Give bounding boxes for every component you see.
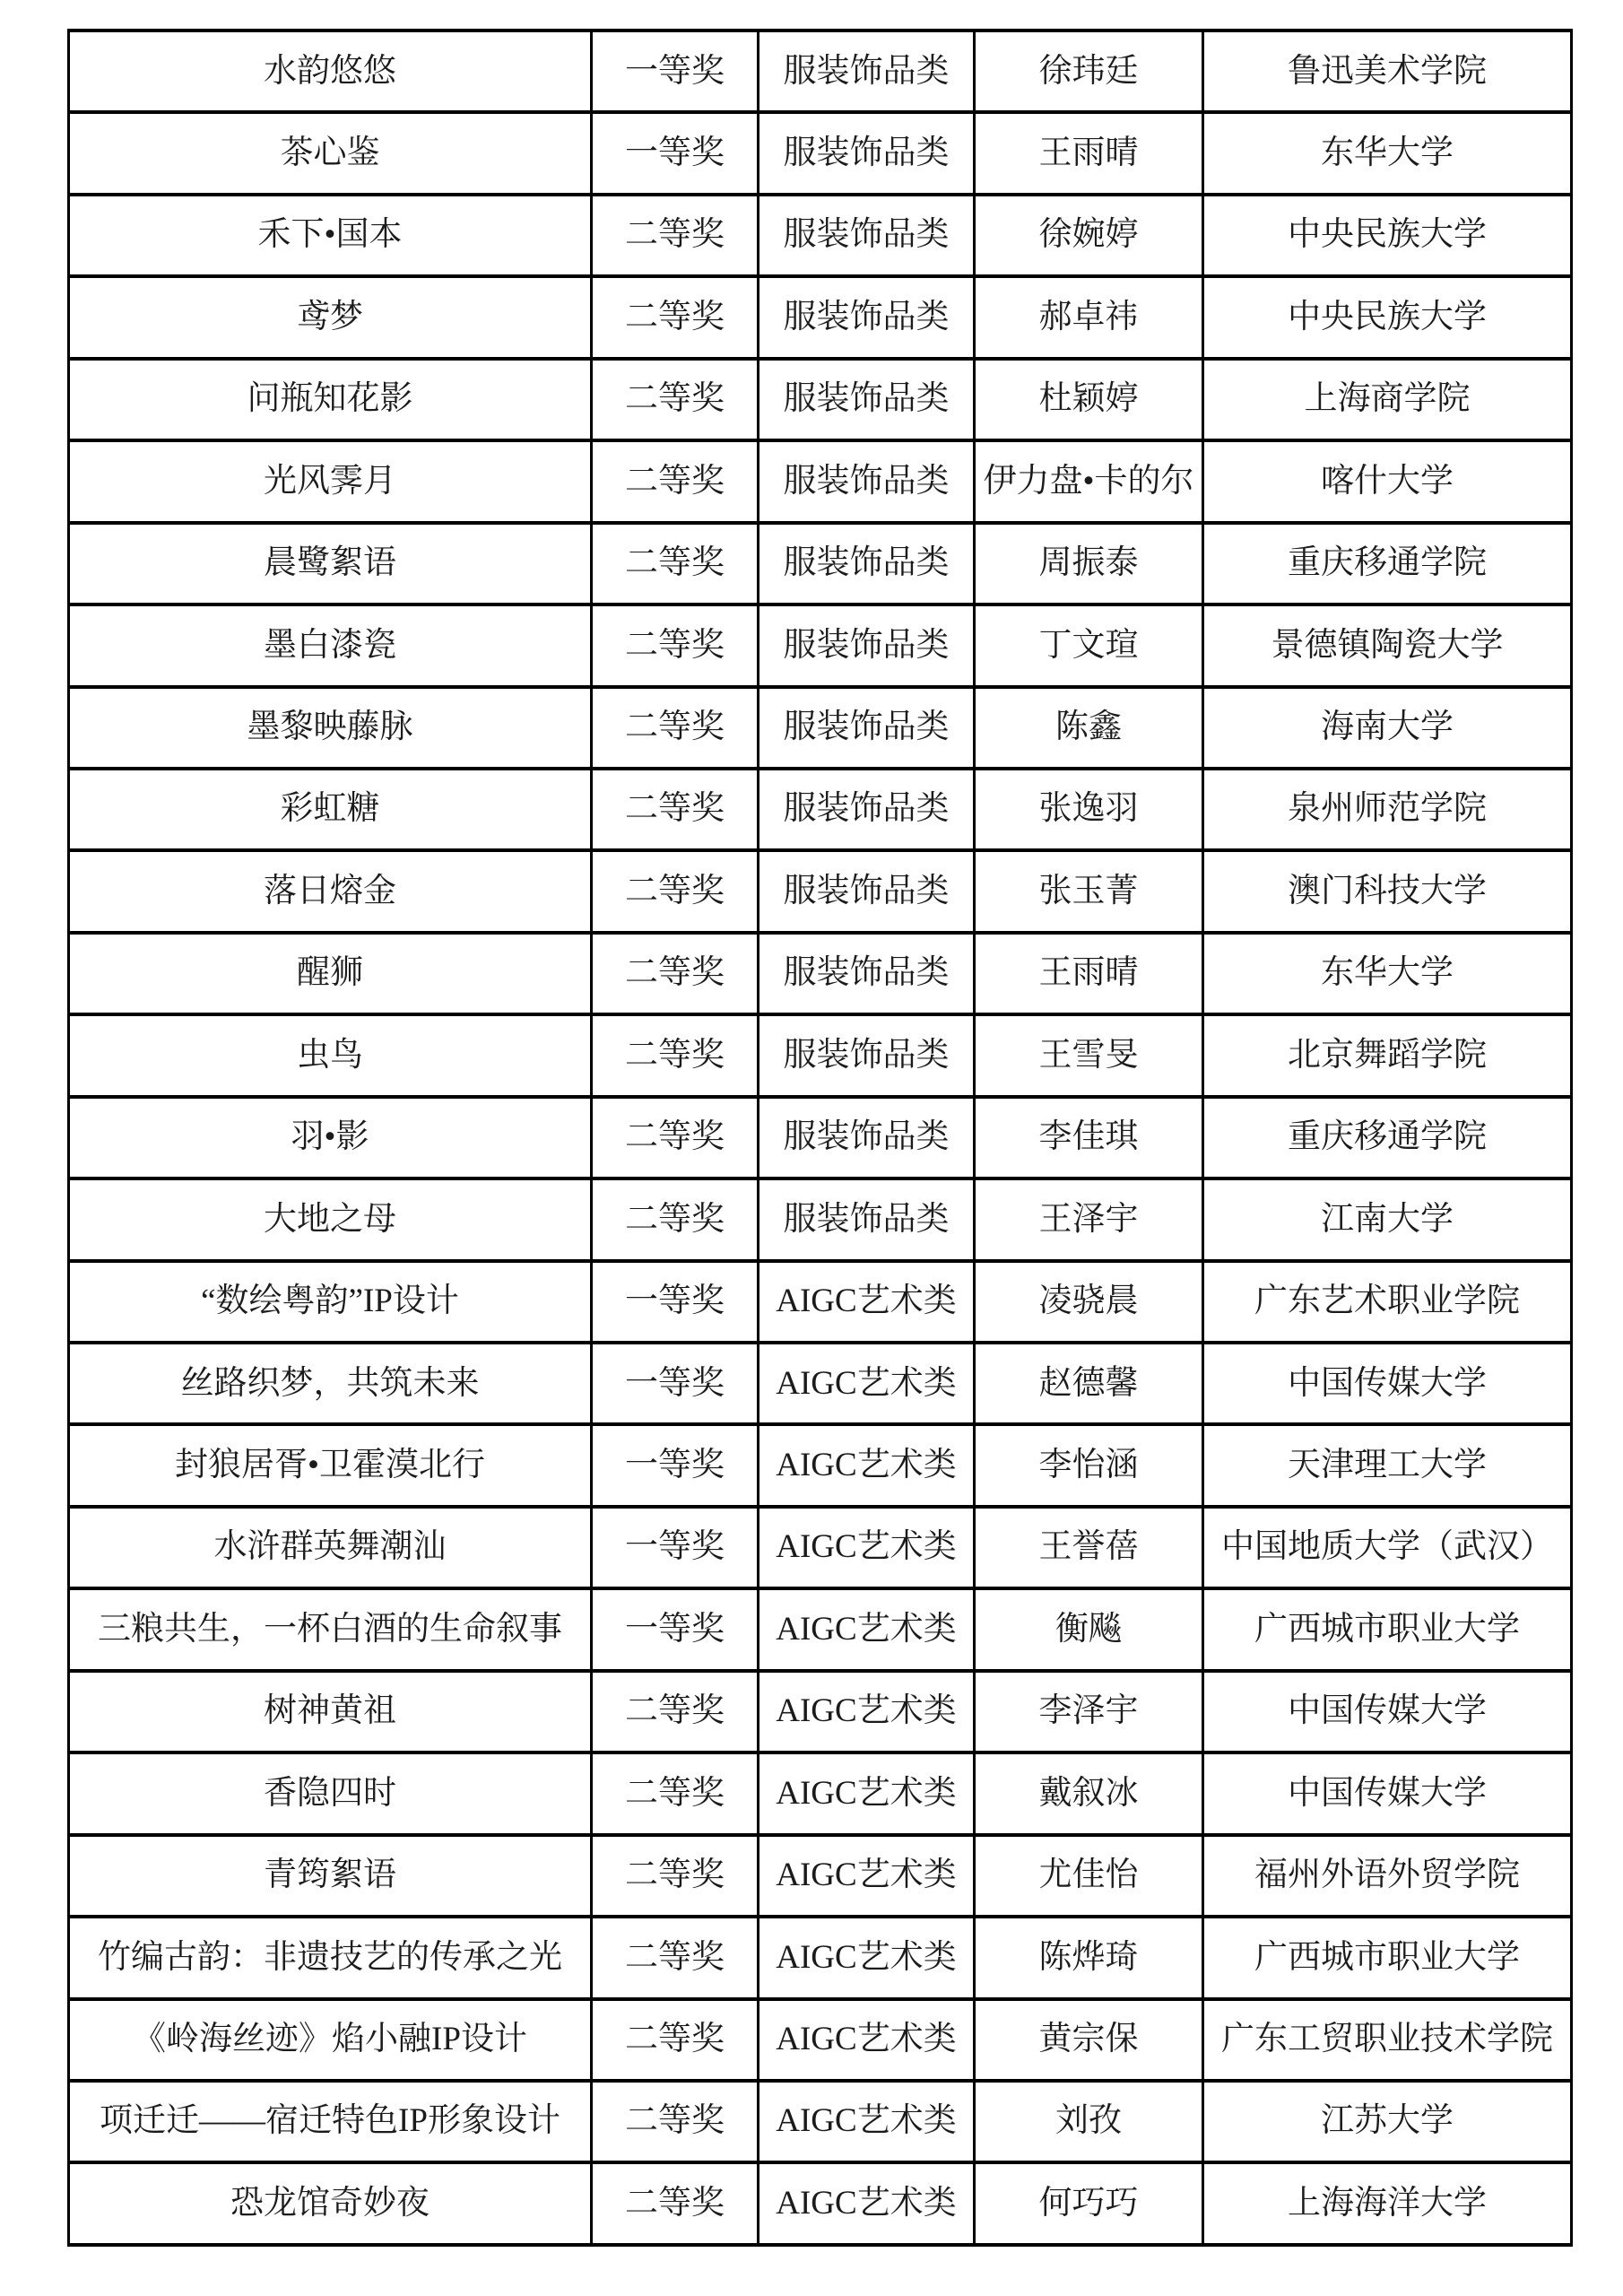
author-name-cell: 何巧巧 bbox=[975, 2162, 1203, 2245]
award-level-cell: 二等奖 bbox=[592, 1999, 759, 2081]
category-cell: 服装饰品类 bbox=[759, 195, 975, 276]
school-name-cell: 上海海洋大学 bbox=[1203, 2162, 1572, 2245]
work-title-cell: 项迁迁——宿迁特色IP形象设计 bbox=[69, 2081, 592, 2162]
award-level-cell: 二等奖 bbox=[592, 1014, 759, 1096]
award-level-cell: 二等奖 bbox=[592, 2162, 759, 2245]
table-row: 鸢梦 二等奖 服装饰品类 郝卓祎 中央民族大学 bbox=[69, 276, 1572, 358]
table-row: 项迁迁——宿迁特色IP形象设计 二等奖 AIGC艺术类 刘孜 江苏大学 bbox=[69, 2081, 1572, 2162]
work-title-cell: 青筠絮语 bbox=[69, 1835, 592, 1917]
category-cell: 服装饰品类 bbox=[759, 440, 975, 522]
category-cell: 服装饰品类 bbox=[759, 359, 975, 440]
award-level-cell: 一等奖 bbox=[592, 1343, 759, 1424]
award-level-cell: 二等奖 bbox=[592, 276, 759, 358]
category-cell: AIGC艺术类 bbox=[759, 2081, 975, 2162]
award-level-cell: 二等奖 bbox=[592, 1178, 759, 1260]
table-row: 三粮共生，一杯白酒的生命叙事 一等奖 AIGC艺术类 衡飚 广西城市职业大学 bbox=[69, 1588, 1572, 1670]
school-name-cell: 中央民族大学 bbox=[1203, 276, 1572, 358]
category-cell: AIGC艺术类 bbox=[759, 1424, 975, 1506]
school-name-cell: 重庆移通学院 bbox=[1203, 523, 1572, 604]
table-row: 封狼居胥•卫霍漠北行 一等奖 AIGC艺术类 李怡涵 天津理工大学 bbox=[69, 1424, 1572, 1506]
work-title-cell: 三粮共生，一杯白酒的生命叙事 bbox=[69, 1588, 592, 1670]
category-cell: AIGC艺术类 bbox=[759, 1917, 975, 1998]
award-level-cell: 二等奖 bbox=[592, 440, 759, 522]
work-title-cell: 落日熔金 bbox=[69, 850, 592, 932]
table-row: 虫鸟 二等奖 服装饰品类 王雪旻 北京舞蹈学院 bbox=[69, 1014, 1572, 1096]
author-name-cell: 张逸羽 bbox=[975, 769, 1203, 850]
author-name-cell: 凌骁晨 bbox=[975, 1261, 1203, 1343]
table-row: 彩虹糖 二等奖 服装饰品类 张逸羽 泉州师范学院 bbox=[69, 769, 1572, 850]
table-row: 香隐四时 二等奖 AIGC艺术类 戴叙冰 中国传媒大学 bbox=[69, 1752, 1572, 1834]
school-name-cell: 鲁迅美术学院 bbox=[1203, 30, 1572, 112]
category-cell: AIGC艺术类 bbox=[759, 1343, 975, 1424]
school-name-cell: 江南大学 bbox=[1203, 1178, 1572, 1260]
school-name-cell: 中国传媒大学 bbox=[1203, 1343, 1572, 1424]
author-name-cell: 王雨晴 bbox=[975, 112, 1203, 194]
work-title-cell: 水韵悠悠 bbox=[69, 30, 592, 112]
work-title-cell: “数绘粤韵”IP设计 bbox=[69, 1261, 592, 1343]
work-title-cell: 丝路织梦，共筑未来 bbox=[69, 1343, 592, 1424]
table-row: 恐龙馆奇妙夜 二等奖 AIGC艺术类 何巧巧 上海海洋大学 bbox=[69, 2162, 1572, 2245]
award-level-cell: 一等奖 bbox=[592, 1261, 759, 1343]
award-level-cell: 二等奖 bbox=[592, 523, 759, 604]
author-name-cell: 王泽宇 bbox=[975, 1178, 1203, 1260]
school-name-cell: 海南大学 bbox=[1203, 687, 1572, 769]
table-row: 禾下•国本 二等奖 服装饰品类 徐婉婷 中央民族大学 bbox=[69, 195, 1572, 276]
category-cell: AIGC艺术类 bbox=[759, 1588, 975, 1670]
category-cell: AIGC艺术类 bbox=[759, 1752, 975, 1834]
table-row: 墨白漆瓷 二等奖 服装饰品类 丁文瑄 景德镇陶瓷大学 bbox=[69, 604, 1572, 686]
school-name-cell: 中央民族大学 bbox=[1203, 195, 1572, 276]
author-name-cell: 杜颖婷 bbox=[975, 359, 1203, 440]
author-name-cell: 黄宗保 bbox=[975, 1999, 1203, 2081]
category-cell: 服装饰品类 bbox=[759, 276, 975, 358]
award-level-cell: 二等奖 bbox=[592, 195, 759, 276]
work-title-cell: 醒狮 bbox=[69, 933, 592, 1014]
school-name-cell: 泉州师范学院 bbox=[1203, 769, 1572, 850]
work-title-cell: 彩虹糖 bbox=[69, 769, 592, 850]
work-title-cell: 香隐四时 bbox=[69, 1752, 592, 1834]
award-level-cell: 二等奖 bbox=[592, 769, 759, 850]
school-name-cell: 中国传媒大学 bbox=[1203, 1671, 1572, 1752]
category-cell: 服装饰品类 bbox=[759, 933, 975, 1014]
author-name-cell: 伊力盘•卡的尔 bbox=[975, 440, 1203, 522]
award-level-cell: 二等奖 bbox=[592, 933, 759, 1014]
work-title-cell: 树神黄祖 bbox=[69, 1671, 592, 1752]
award-level-cell: 一等奖 bbox=[592, 1588, 759, 1670]
work-title-cell: 茶心鉴 bbox=[69, 112, 592, 194]
table-row: “数绘粤韵”IP设计 一等奖 AIGC艺术类 凌骁晨 广东艺术职业学院 bbox=[69, 1261, 1572, 1343]
author-name-cell: 衡飚 bbox=[975, 1588, 1203, 1670]
work-title-cell: 光风霁月 bbox=[69, 440, 592, 522]
category-cell: 服装饰品类 bbox=[759, 30, 975, 112]
award-level-cell: 二等奖 bbox=[592, 850, 759, 932]
author-name-cell: 周振泰 bbox=[975, 523, 1203, 604]
category-cell: AIGC艺术类 bbox=[759, 2162, 975, 2245]
document-page: 水韵悠悠 一等奖 服装饰品类 徐玮廷 鲁迅美术学院 茶心鉴 一等奖 服装饰品类 … bbox=[0, 0, 1623, 2296]
author-name-cell: 陈鑫 bbox=[975, 687, 1203, 769]
table-row: 《岭海丝迹》焰小融IP设计 二等奖 AIGC艺术类 黄宗保 广东工贸职业技术学院 bbox=[69, 1999, 1572, 2081]
school-name-cell: 天津理工大学 bbox=[1203, 1424, 1572, 1506]
table-row: 问瓶知花影 二等奖 服装饰品类 杜颖婷 上海商学院 bbox=[69, 359, 1572, 440]
category-cell: AIGC艺术类 bbox=[759, 1507, 975, 1588]
author-name-cell: 王雨晴 bbox=[975, 933, 1203, 1014]
author-name-cell: 戴叙冰 bbox=[975, 1752, 1203, 1834]
work-title-cell: 墨黎映藤脉 bbox=[69, 687, 592, 769]
table-row: 茶心鉴 一等奖 服装饰品类 王雨晴 东华大学 bbox=[69, 112, 1572, 194]
author-name-cell: 李泽宇 bbox=[975, 1671, 1203, 1752]
school-name-cell: 中国地质大学（武汉） bbox=[1203, 1507, 1572, 1588]
author-name-cell: 王雪旻 bbox=[975, 1014, 1203, 1096]
school-name-cell: 景德镇陶瓷大学 bbox=[1203, 604, 1572, 686]
award-level-cell: 二等奖 bbox=[592, 1671, 759, 1752]
author-name-cell: 王誉蓓 bbox=[975, 1507, 1203, 1588]
work-title-cell: 大地之母 bbox=[69, 1178, 592, 1260]
work-title-cell: 竹编古韵：非遗技艺的传承之光 bbox=[69, 1917, 592, 1998]
table-row: 光风霁月 二等奖 服装饰品类 伊力盘•卡的尔 喀什大学 bbox=[69, 440, 1572, 522]
work-title-cell: 鸢梦 bbox=[69, 276, 592, 358]
author-name-cell: 刘孜 bbox=[975, 2081, 1203, 2162]
category-cell: 服装饰品类 bbox=[759, 769, 975, 850]
category-cell: AIGC艺术类 bbox=[759, 1999, 975, 2081]
category-cell: 服装饰品类 bbox=[759, 1014, 975, 1096]
author-name-cell: 郝卓祎 bbox=[975, 276, 1203, 358]
table-row: 羽•影 二等奖 服装饰品类 李佳琪 重庆移通学院 bbox=[69, 1097, 1572, 1178]
table-row: 青筠絮语 二等奖 AIGC艺术类 尤佳怡 福州外语外贸学院 bbox=[69, 1835, 1572, 1917]
award-level-cell: 二等奖 bbox=[592, 2081, 759, 2162]
author-name-cell: 赵德馨 bbox=[975, 1343, 1203, 1424]
school-name-cell: 东华大学 bbox=[1203, 112, 1572, 194]
author-name-cell: 陈烨琦 bbox=[975, 1917, 1203, 1998]
category-cell: 服装饰品类 bbox=[759, 604, 975, 686]
author-name-cell: 李怡涵 bbox=[975, 1424, 1203, 1506]
awards-table: 水韵悠悠 一等奖 服装饰品类 徐玮廷 鲁迅美术学院 茶心鉴 一等奖 服装饰品类 … bbox=[67, 29, 1573, 2247]
work-title-cell: 《岭海丝迹》焰小融IP设计 bbox=[69, 1999, 592, 2081]
category-cell: AIGC艺术类 bbox=[759, 1261, 975, 1343]
author-name-cell: 尤佳怡 bbox=[975, 1835, 1203, 1917]
school-name-cell: 上海商学院 bbox=[1203, 359, 1572, 440]
table-row: 水浒群英舞潮汕 一等奖 AIGC艺术类 王誉蓓 中国地质大学（武汉） bbox=[69, 1507, 1572, 1588]
author-name-cell: 徐玮廷 bbox=[975, 30, 1203, 112]
work-title-cell: 羽•影 bbox=[69, 1097, 592, 1178]
table-row: 落日熔金 二等奖 服装饰品类 张玉菁 澳门科技大学 bbox=[69, 850, 1572, 932]
author-name-cell: 李佳琪 bbox=[975, 1097, 1203, 1178]
table-row: 墨黎映藤脉 二等奖 服装饰品类 陈鑫 海南大学 bbox=[69, 687, 1572, 769]
table-row: 大地之母 二等奖 服装饰品类 王泽宇 江南大学 bbox=[69, 1178, 1572, 1260]
school-name-cell: 福州外语外贸学院 bbox=[1203, 1835, 1572, 1917]
work-title-cell: 晨鹭絮语 bbox=[69, 523, 592, 604]
award-level-cell: 二等奖 bbox=[592, 687, 759, 769]
school-name-cell: 广西城市职业大学 bbox=[1203, 1588, 1572, 1670]
award-level-cell: 二等奖 bbox=[592, 1752, 759, 1834]
table-row: 晨鹭絮语 二等奖 服装饰品类 周振泰 重庆移通学院 bbox=[69, 523, 1572, 604]
school-name-cell: 广东艺术职业学院 bbox=[1203, 1261, 1572, 1343]
school-name-cell: 中国传媒大学 bbox=[1203, 1752, 1572, 1834]
award-level-cell: 一等奖 bbox=[592, 30, 759, 112]
work-title-cell: 水浒群英舞潮汕 bbox=[69, 1507, 592, 1588]
table-row: 竹编古韵：非遗技艺的传承之光 二等奖 AIGC艺术类 陈烨琦 广西城市职业大学 bbox=[69, 1917, 1572, 1998]
school-name-cell: 北京舞蹈学院 bbox=[1203, 1014, 1572, 1096]
category-cell: 服装饰品类 bbox=[759, 112, 975, 194]
award-level-cell: 二等奖 bbox=[592, 359, 759, 440]
author-name-cell: 徐婉婷 bbox=[975, 195, 1203, 276]
award-level-cell: 一等奖 bbox=[592, 1424, 759, 1506]
school-name-cell: 重庆移通学院 bbox=[1203, 1097, 1572, 1178]
category-cell: 服装饰品类 bbox=[759, 687, 975, 769]
category-cell: 服装饰品类 bbox=[759, 1178, 975, 1260]
category-cell: 服装饰品类 bbox=[759, 1097, 975, 1178]
category-cell: AIGC艺术类 bbox=[759, 1835, 975, 1917]
table-row: 醒狮 二等奖 服装饰品类 王雨晴 东华大学 bbox=[69, 933, 1572, 1014]
table-row: 树神黄祖 二等奖 AIGC艺术类 李泽宇 中国传媒大学 bbox=[69, 1671, 1572, 1752]
work-title-cell: 恐龙馆奇妙夜 bbox=[69, 2162, 592, 2245]
award-level-cell: 一等奖 bbox=[592, 1507, 759, 1588]
category-cell: 服装饰品类 bbox=[759, 850, 975, 932]
award-level-cell: 二等奖 bbox=[592, 1097, 759, 1178]
school-name-cell: 东华大学 bbox=[1203, 933, 1572, 1014]
work-title-cell: 禾下•国本 bbox=[69, 195, 592, 276]
work-title-cell: 问瓶知花影 bbox=[69, 359, 592, 440]
awards-table-body: 水韵悠悠 一等奖 服装饰品类 徐玮廷 鲁迅美术学院 茶心鉴 一等奖 服装饰品类 … bbox=[69, 30, 1572, 2245]
work-title-cell: 墨白漆瓷 bbox=[69, 604, 592, 686]
school-name-cell: 广西城市职业大学 bbox=[1203, 1917, 1572, 1998]
school-name-cell: 喀什大学 bbox=[1203, 440, 1572, 522]
award-level-cell: 二等奖 bbox=[592, 1917, 759, 1998]
award-level-cell: 二等奖 bbox=[592, 604, 759, 686]
work-title-cell: 封狼居胥•卫霍漠北行 bbox=[69, 1424, 592, 1506]
school-name-cell: 江苏大学 bbox=[1203, 2081, 1572, 2162]
school-name-cell: 澳门科技大学 bbox=[1203, 850, 1572, 932]
award-level-cell: 二等奖 bbox=[592, 1835, 759, 1917]
award-level-cell: 一等奖 bbox=[592, 112, 759, 194]
school-name-cell: 广东工贸职业技术学院 bbox=[1203, 1999, 1572, 2081]
category-cell: AIGC艺术类 bbox=[759, 1671, 975, 1752]
category-cell: 服装饰品类 bbox=[759, 523, 975, 604]
author-name-cell: 张玉菁 bbox=[975, 850, 1203, 932]
table-row: 水韵悠悠 一等奖 服装饰品类 徐玮廷 鲁迅美术学院 bbox=[69, 30, 1572, 112]
table-row: 丝路织梦，共筑未来 一等奖 AIGC艺术类 赵德馨 中国传媒大学 bbox=[69, 1343, 1572, 1424]
work-title-cell: 虫鸟 bbox=[69, 1014, 592, 1096]
author-name-cell: 丁文瑄 bbox=[975, 604, 1203, 686]
